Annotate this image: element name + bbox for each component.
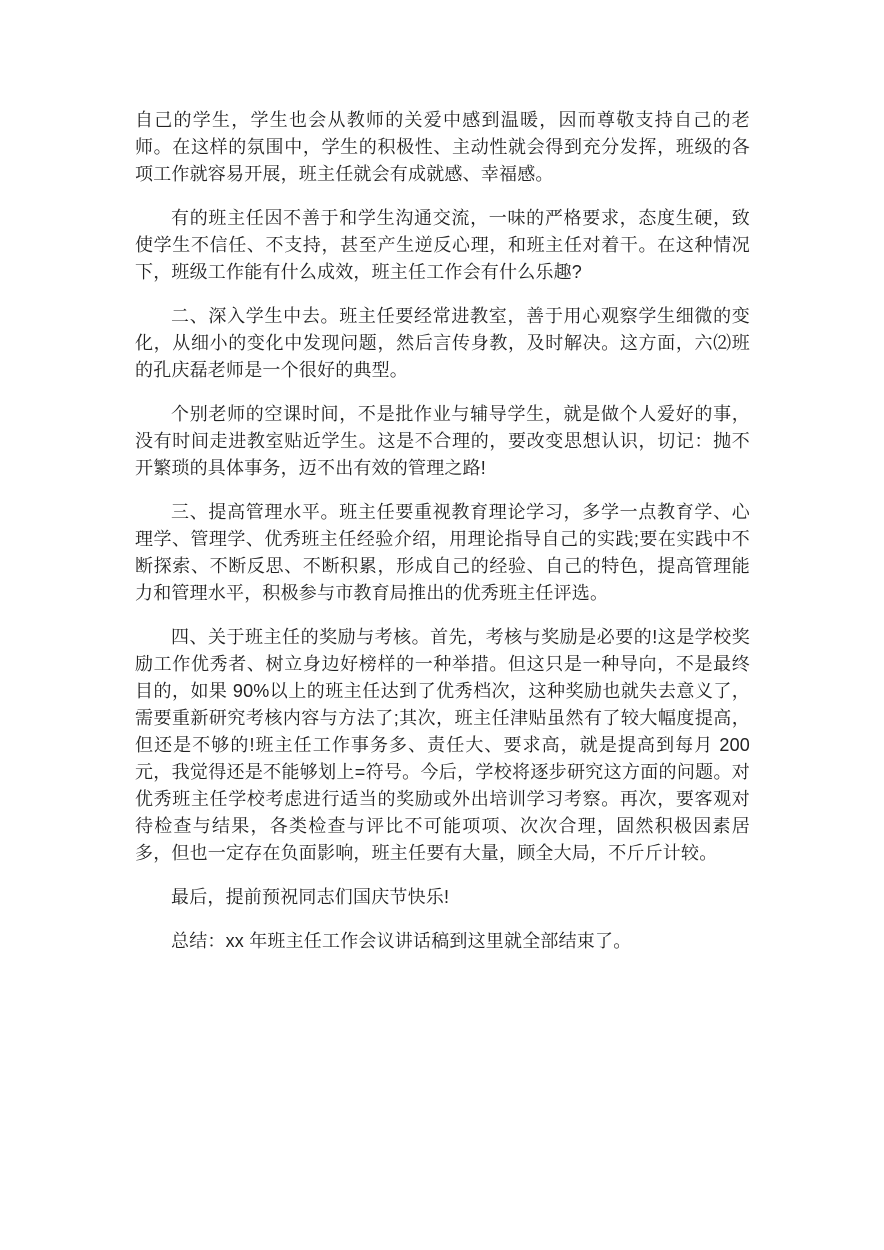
paragraph: 自己的学生，学生也会从教师的关爱中感到温暖，因而尊敬支持自己的老师。在这样的氛围… — [135, 107, 750, 188]
paragraph: 四、关于班主任的奖励与考核。首先，考核与奖励是必要的!这是学校奖励工作优秀者、树… — [135, 624, 750, 867]
paragraph: 有的班主任因不善于和学生沟通交流，一味的严格要求，态度生硬，致使学生不信任、不支… — [135, 205, 750, 286]
paragraph: 总结：xx 年班主任工作会议讲话稿到这里就全部结束了。 — [135, 928, 750, 955]
paragraph: 最后，提前预祝同志们国庆节快乐! — [135, 884, 750, 911]
document-page: 自己的学生，学生也会从教师的关爱中感到温暖，因而尊敬支持自己的老师。在这样的氛围… — [135, 107, 750, 972]
paragraph: 二、深入学生中去。班主任要经常进教室，善于用心观察学生细微的变化，从细小的变化中… — [135, 303, 750, 384]
paragraph: 三、提高管理水平。班主任要重视教育理论学习，多学一点教育学、心理学、管理学、优秀… — [135, 499, 750, 607]
paragraph: 个别老师的空课时间，不是批作业与辅导学生，就是做个人爱好的事，没有时间走进教室贴… — [135, 401, 750, 482]
